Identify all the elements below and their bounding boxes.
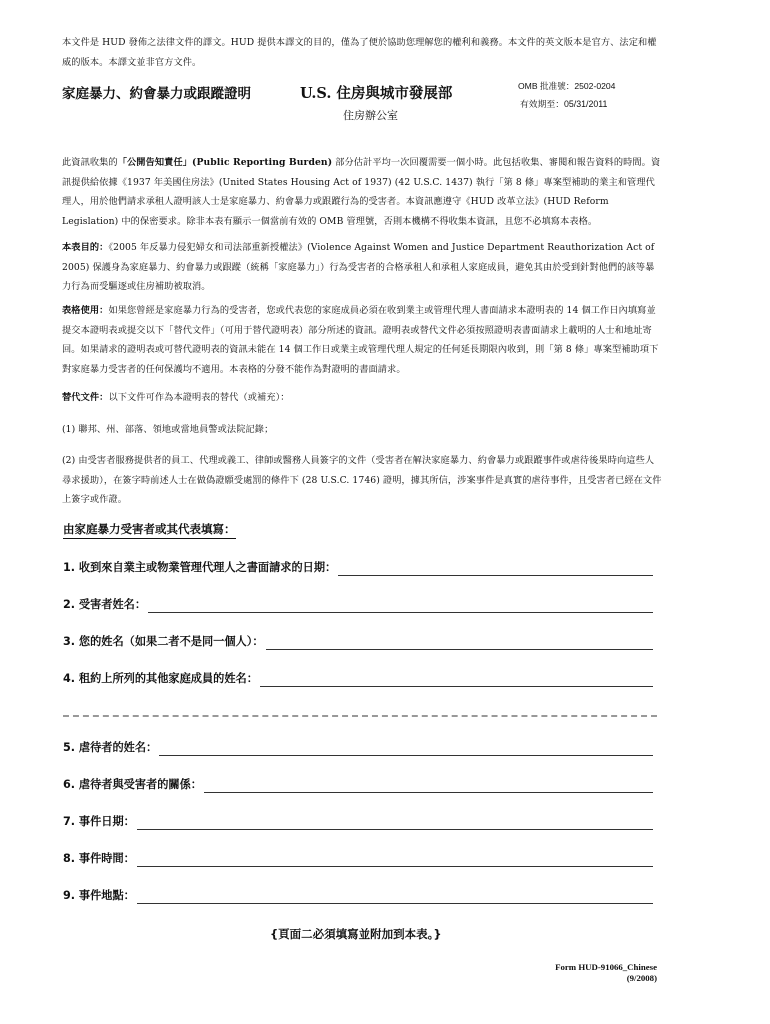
usage-text: 如果您曾經是家庭暴力行為的受害者，您或代表您的家庭成員必須在收到業主或管理代理人…: [62, 305, 658, 375]
form-title: 家庭暴力、約會暴力或跟蹤證明: [62, 82, 251, 102]
field-abuser-name: 5. 虐待者的姓名：: [63, 738, 653, 756]
alternative-item-2: (2) 由受害者服務提供者的員工、代理或義工、律師或醫務人員簽字的文件（受害者在…: [62, 451, 662, 510]
form-date: (9/2008): [540, 973, 657, 983]
document-page: 本文件是 HUD 發佈之法律文件的譯文。HUD 提供本譯文的目的，僅為了便於協助…: [0, 0, 770, 1024]
field-request-date: 1. 收到來自業主或物業管理代理人之書面請求的日期：: [63, 558, 653, 576]
page-two-note: {頁面二必須填寫並附加到本表。}: [270, 926, 442, 942]
alternatives-heading: 替代文件：: [62, 392, 108, 403]
field-relationship: 6. 虐待者與受害者的關係：: [63, 775, 653, 793]
relationship-input[interactable]: [204, 778, 653, 793]
field-household-members: 4. 租約上所列的其他家庭成員的姓名：: [63, 669, 653, 687]
burden-lead: 此資訊收集的: [62, 157, 118, 168]
expiry-date: 有效期至：05/31/2011: [520, 97, 607, 110]
household-members-input[interactable]: [260, 672, 653, 687]
your-name-input[interactable]: [266, 635, 653, 650]
victim-name-input[interactable]: [148, 598, 653, 613]
office-name: 住房辦公室: [343, 107, 398, 123]
translation-disclaimer: 本文件是 HUD 發佈之法律文件的譯文。HUD 提供本譯文的目的，僅為了便於協助…: [62, 33, 662, 72]
agency-name: U.S. 住房與城市發展部: [300, 82, 452, 103]
field-incident-location: 9. 事件地點：: [63, 886, 653, 904]
field-label: 8. 事件時間：: [63, 851, 135, 867]
purpose-text: 《2005 年反暴力侵犯婦女和司法部重新授權法》(Violence Agains…: [62, 242, 654, 292]
public-burden-paragraph: 此資訊收集的「公開告知責任」(Public Reporting Burden) …: [62, 153, 662, 231]
purpose-heading: 本表目的：: [62, 242, 108, 253]
omb-number: OMB 批准號：2502-0204: [518, 80, 615, 92]
purpose-paragraph: 本表目的：《2005 年反暴力侵犯婦女和司法部重新授權法》(Violence A…: [62, 238, 662, 297]
form-number: Form HUD-91066_Chinese: [540, 962, 657, 972]
field-label: 6. 虐待者與受害者的關係：: [63, 777, 202, 793]
field-label: 9. 事件地點：: [63, 888, 135, 904]
request-date-input[interactable]: [338, 561, 653, 576]
usage-paragraph: 表格使用：如果您曾經是家庭暴力行為的受害者，您或代表您的家庭成員必須在收到業主或…: [62, 301, 662, 379]
abuser-name-input[interactable]: [159, 741, 653, 756]
field-label: 1. 收到來自業主或物業管理代理人之書面請求的日期：: [63, 560, 336, 576]
alternatives-paragraph: 替代文件：以下文件可作為本證明表的替代（或補充）：: [62, 388, 662, 408]
incident-location-input[interactable]: [137, 889, 653, 904]
incident-date-input[interactable]: [137, 815, 653, 830]
field-label: 5. 虐待者的姓名：: [63, 740, 157, 756]
form-section-heading: 由家庭暴力受害者或其代表填寫：: [63, 521, 236, 539]
field-incident-date: 7. 事件日期：: [63, 812, 653, 830]
burden-bold: 「公開告知責任」(Public Reporting Burden): [118, 157, 332, 168]
field-incident-time: 8. 事件時間：: [63, 849, 653, 867]
field-victim-name: 2. 受害者姓名：: [63, 595, 653, 613]
field-your-name: 3. 您的姓名（如果二者不是同一個人）：: [63, 632, 653, 650]
field-label: 7. 事件日期：: [63, 814, 135, 830]
alternatives-text: 以下文件可作為本證明表的替代（或補充）：: [108, 392, 289, 403]
field-label: 2. 受害者姓名：: [63, 597, 146, 613]
incident-time-input[interactable]: [137, 852, 653, 867]
alternative-item-1: (1) 聯邦、州、部落、領地或當地員警或法院記錄；: [62, 420, 662, 440]
household-members-continuation-line[interactable]: [63, 715, 657, 717]
usage-heading: 表格使用：: [62, 305, 108, 316]
field-label: 3. 您的姓名（如果二者不是同一個人）：: [63, 634, 264, 650]
field-label: 4. 租約上所列的其他家庭成員的姓名：: [63, 671, 258, 687]
